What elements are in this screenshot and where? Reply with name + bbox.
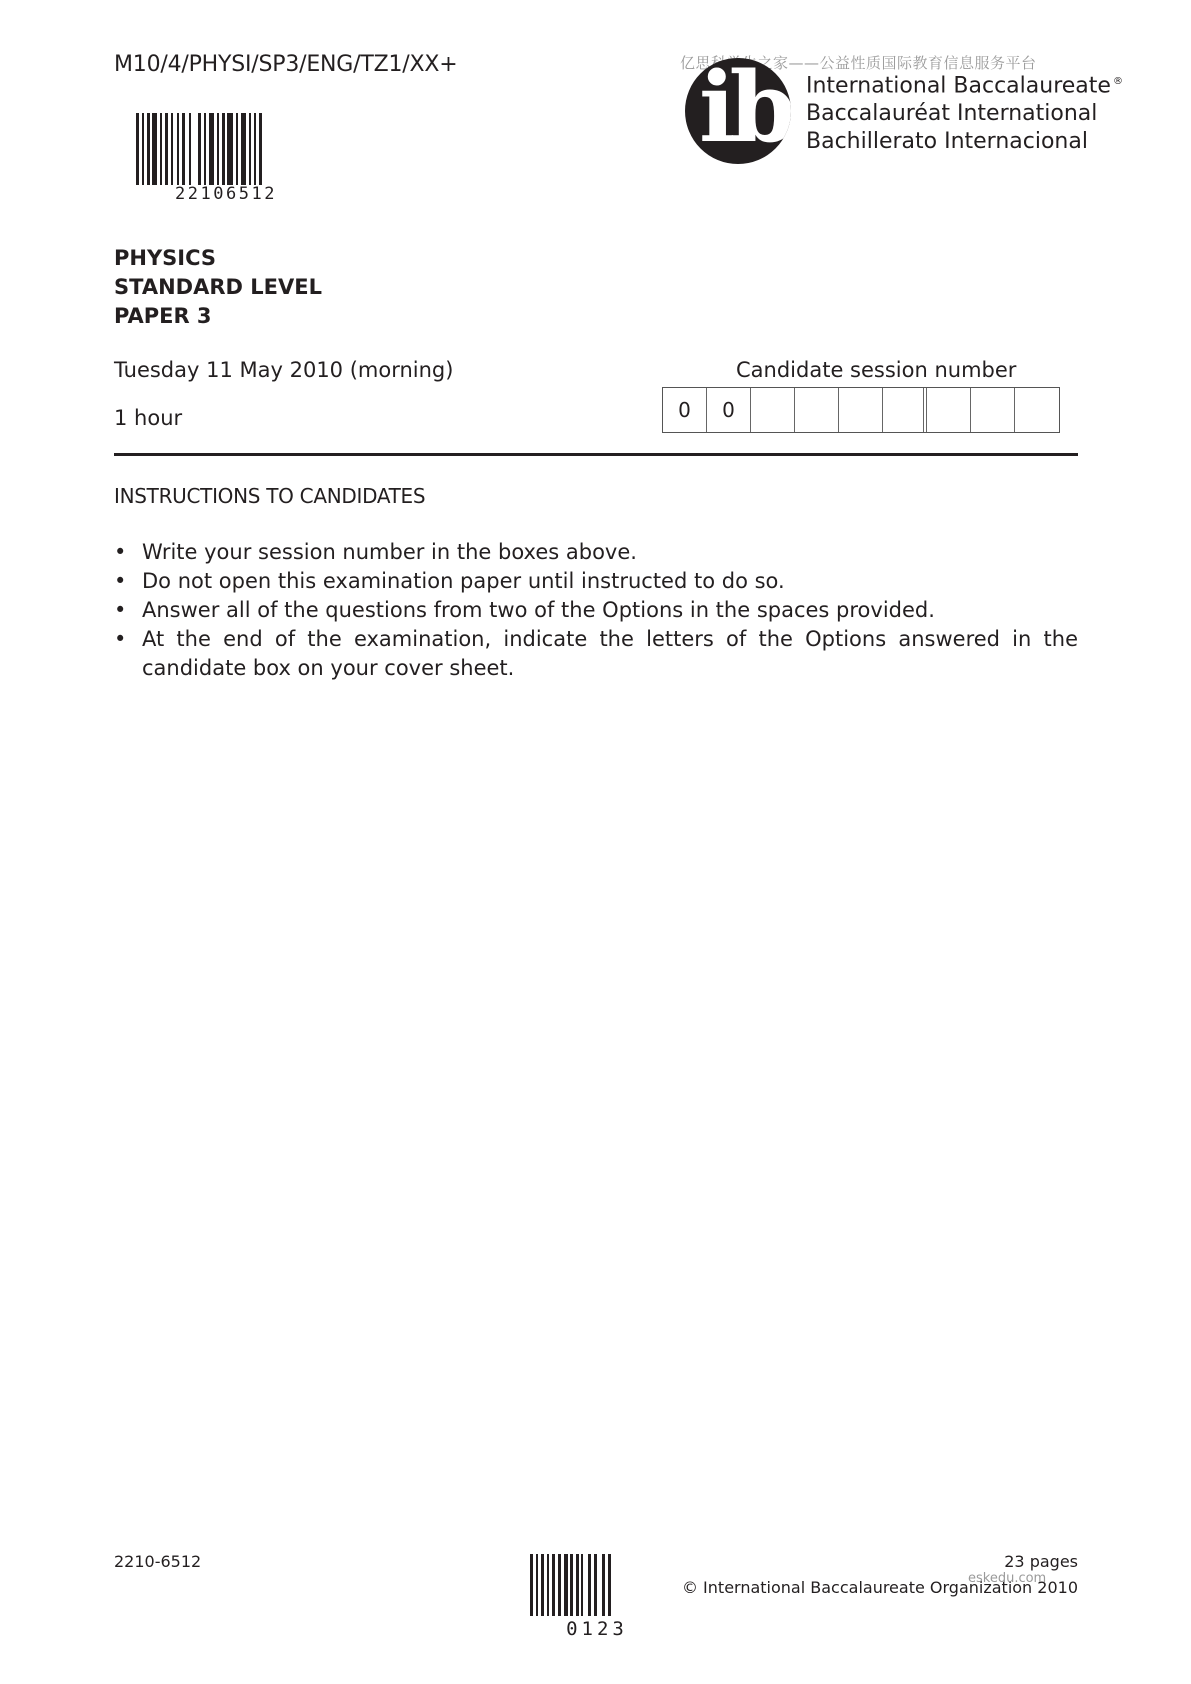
session-digit-box[interactable] (927, 388, 971, 432)
session-digit-box[interactable] (795, 388, 839, 432)
instructions-list: Write your session number in the boxes a… (114, 538, 1078, 683)
header-divider (114, 453, 1078, 456)
session-digit-box[interactable] (1015, 388, 1059, 432)
instructions-heading: INSTRUCTIONS TO CANDIDATES (114, 484, 425, 508)
top-barcode (136, 113, 262, 185)
bottom-barcode-number: 0123 (530, 1618, 664, 1640)
candidate-session-label: Candidate session number (736, 358, 1016, 382)
instruction-item: At the end of the examination, indicate … (114, 625, 1078, 683)
paper-title: PAPER 3 (114, 302, 322, 331)
paper-code: M10/4/PHYSI/SP3/ENG/TZ1/XX+ (114, 52, 457, 77)
top-barcode-number: 22106512 (136, 184, 316, 204)
ib-name-fr: Baccalauréat International (806, 100, 1123, 128)
session-digit-box[interactable] (839, 388, 883, 432)
ib-name-en: International Baccalaureate (806, 73, 1111, 98)
footer-watermark: eskedu.com (968, 1571, 1046, 1586)
ib-logo-text: International Baccalaureate® Baccalauréa… (806, 68, 1123, 156)
exam-title: PHYSICS STANDARD LEVEL PAPER 3 (114, 244, 322, 331)
ib-logo-icon: ib (685, 58, 791, 164)
ib-name-es: Bachillerato Internacional (806, 128, 1123, 156)
bottom-barcode (530, 1554, 611, 1616)
ib-logo-glyph: ib (699, 60, 791, 156)
candidate-session-boxes: 0 0 (662, 387, 1060, 433)
instruction-item: Write your session number in the boxes a… (114, 538, 1078, 567)
session-digit-box[interactable] (751, 388, 795, 432)
footer-code: 2210-6512 (114, 1552, 201, 1571)
session-digit-box[interactable]: 0 (663, 388, 707, 432)
subject-title: PHYSICS (114, 244, 322, 273)
exam-date: Tuesday 11 May 2010 (morning) (114, 358, 453, 382)
session-digit-box[interactable] (883, 388, 927, 432)
registered-mark: ® (1113, 76, 1123, 87)
level-title: STANDARD LEVEL (114, 273, 322, 302)
page-count: 23 pages (1004, 1552, 1078, 1571)
session-digit-box[interactable]: 0 (707, 388, 751, 432)
instruction-item: Do not open this examination paper until… (114, 567, 1078, 596)
session-digit-box[interactable] (971, 388, 1015, 432)
instruction-item: Answer all of the questions from two of … (114, 596, 1078, 625)
exam-duration: 1 hour (114, 406, 182, 430)
